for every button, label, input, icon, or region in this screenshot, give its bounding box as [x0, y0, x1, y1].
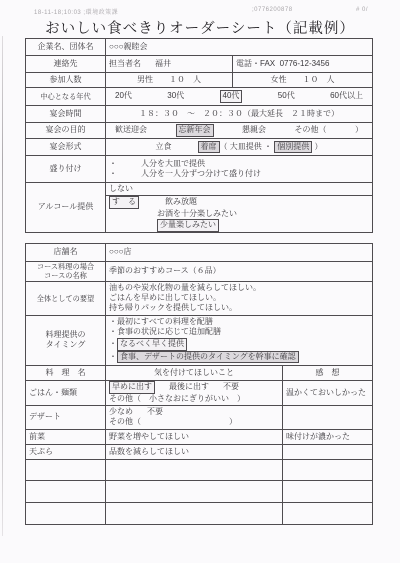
plating-label: 盛り付け: [26, 156, 106, 183]
contact-label: 連絡先: [26, 56, 106, 73]
style-option-selected: 着席: [198, 141, 220, 154]
alcohol-yes-cell: す る飲み放題 お酒を十分楽しみたい 少量楽しみたい: [106, 196, 373, 233]
store-order-table: 店舗名 ○○○店 コース料理の場合 コースの名称 季節のおすすめコース（６品） …: [25, 243, 373, 525]
timing-label-line2: タイミング: [27, 340, 104, 350]
table-header-row: 料 理 名 気を付けてほしいこと 感 想: [26, 365, 373, 380]
alcohol-suboption-line: お酒を十分楽しみたい: [109, 209, 369, 219]
style-option: 立食: [156, 142, 172, 151]
table-row: 前菜 野菜を増やしてほしい 味付けが濃かった: [26, 429, 373, 444]
store-value: ○○○店: [106, 244, 373, 262]
age-option: 20代: [115, 91, 132, 101]
table-row: 宴会時間 １８：３０ ～ ２０：３０（最大延長 ２１時まで）: [26, 106, 373, 123]
care-option: 不要: [147, 407, 163, 416]
table-row: コース料理の場合 コースの名称 季節のおすすめコース（６品）: [26, 262, 373, 282]
overall-request-line: 持ち帰りパックを提供してほしい。: [109, 303, 369, 313]
paren: （: [220, 142, 228, 151]
purpose-option: 歓送迎会: [115, 125, 147, 135]
alcohol-suboption-selected: 少量楽しみたい: [157, 219, 219, 232]
table-row: 企業名、団体名 ○○○親睦会: [26, 39, 373, 56]
overall-request-cell: 油ものや炭水化物の量を減らしてほしい。 ごはんを早めに出してほしい。 持ち帰りパ…: [106, 281, 373, 315]
timing-item-text: なるべく早く提供: [117, 338, 187, 351]
table-row: 連絡先 担当者名福井 電話・FAX 0776-12-3456: [26, 56, 373, 73]
overall-request-label: 全体としての要望: [26, 281, 106, 315]
time-value: １８：３０ ～ ２０：３０（最大延長 ２１時まで）: [106, 106, 373, 123]
timing-item: ・食事の状況に応じて追加配膳: [109, 327, 369, 337]
dish-name-empty: [26, 459, 106, 480]
care-other-line: その他（ ）: [109, 417, 279, 427]
care-header: 気を付けてほしいこと: [106, 365, 283, 380]
dish-name: 天ぷら: [26, 444, 106, 459]
table-row: 料理提供の タイミング ・最初にすべての料理を配膳 ・食事の状況に応じて追加配膳…: [26, 315, 373, 365]
care-cell: 品数を減らしてほしい: [106, 444, 283, 459]
timing-label: 料理提供の タイミング: [26, 315, 106, 365]
style-option: 大皿提供: [230, 142, 262, 151]
course-label-line1: コース料理の場合: [27, 262, 104, 271]
age-option: 50代: [278, 91, 295, 101]
purpose-option-other: その他（: [295, 125, 327, 135]
purpose-label: 宴会の目的: [26, 123, 106, 139]
fax-page-number: # 0/: [356, 7, 368, 13]
age-option: 30代: [167, 91, 184, 101]
course-value: 季節のおすすめコース（６品）: [106, 262, 373, 282]
care-option-selected: 早めに出す: [109, 381, 155, 394]
care-cell: 早めに出す最後に出す不要 その他（ 小さなおにぎりがいい ）: [106, 380, 283, 405]
care-option: 最後に出す: [169, 382, 209, 391]
care-other-line: その他（ 小さなおにぎりがいい ）: [109, 394, 279, 404]
impression-value: [283, 405, 373, 429]
age-option-selected: 40代: [220, 90, 243, 103]
care-option: 少なめ: [109, 407, 133, 416]
contact-person-cell: 担当者名福井: [106, 56, 233, 73]
table-row: 宴会の目的 歓送迎会 忘新年会 懇親会 その他（ ）: [26, 123, 373, 139]
table-row: 店舗名 ○○○店: [26, 244, 373, 262]
age-label: 中心となる年代: [26, 88, 106, 106]
table-row-empty: [26, 480, 373, 502]
care-options-line: 早めに出す最後に出す不要: [109, 381, 279, 394]
age-options-cell: 20代 30代 40代 50代 60代以上: [106, 88, 373, 106]
alcohol-label: アルコール提供: [26, 183, 106, 233]
timing-item: ・最初にすべての料理を配膳: [109, 317, 369, 327]
banquet-info-table: 企業名、団体名 ○○○親睦会 連絡先 担当者名福井 電話・FAX 0776-12…: [25, 38, 373, 233]
dish-name: デザート: [26, 405, 106, 429]
contact-person-value: 福井: [155, 59, 171, 68]
plating-cell: ・ 人分を大皿で提供 ・ 人分を一人分ずつ分けて盛り付け: [106, 156, 373, 183]
contact-person-label: 担当者名: [109, 59, 141, 68]
purpose-option: 懇親会: [242, 125, 266, 135]
alcohol-option-selected: す る: [109, 196, 139, 209]
timing-item-selected: ・食事、デザートの提供のタイミングを幹事に確認: [109, 351, 369, 364]
scan-edge-artifact: [2, 36, 3, 536]
style-options-cell: 立食着席（ 大皿提供 ・ 個別提供 ）: [106, 139, 373, 156]
phone-cell: 電話・FAX 0776-12-3456: [233, 56, 373, 73]
purpose-options-cell: 歓送迎会 忘新年会 懇親会 その他（ ）: [106, 123, 373, 139]
separator-dot: ・: [264, 142, 272, 151]
company-value: ○○○親睦会: [106, 39, 373, 56]
overall-request-line: 油ものや炭水化物の量を減らしてほしい。: [109, 283, 369, 293]
plating-line: ・ 人分を大皿で提供: [109, 159, 369, 169]
plating-line: ・ 人分を一人分ずつ分けて盛り付け: [109, 169, 369, 179]
phone-label: 電話・FAX: [236, 59, 275, 68]
bullet: ・: [109, 317, 117, 326]
alcohol-no-option: しない: [106, 183, 373, 196]
male-count: 男性 １０ 人: [106, 73, 233, 88]
impression-value: 味付けが濃かった: [283, 429, 373, 444]
table-row: デザート 少なめ不要 その他（ ）: [26, 405, 373, 429]
female-count: 女性 １０ 人: [233, 73, 373, 88]
participants-label: 参加人数: [26, 73, 106, 88]
table-row: 中心となる年代 20代 30代 40代 50代 60代以上: [26, 88, 373, 106]
dish-name: 前菜: [26, 429, 106, 444]
table-row: 宴会形式 立食着席（ 大皿提供 ・ 個別提供 ）: [26, 139, 373, 156]
store-label: 店舗名: [26, 244, 106, 262]
course-label-line2: コースの名称: [27, 271, 104, 280]
purpose-option-selected: 忘新年会: [176, 124, 214, 137]
paren: ）: [314, 142, 322, 151]
care-option: 不要: [223, 382, 239, 391]
company-label: 企業名、団体名: [26, 39, 106, 56]
age-option: 60代以上: [330, 91, 363, 101]
care-cell: 少なめ不要 その他（ ）: [106, 405, 283, 429]
table-row: 全体としての要望 油ものや炭水化物の量を減らしてほしい。 ごはんを早めに出してほ…: [26, 281, 373, 315]
impression-header: 感 想: [283, 365, 373, 380]
table-row-empty: [26, 502, 373, 524]
overall-request-line: ごはんを早めに出してほしい。: [109, 293, 369, 303]
timing-item-text: 最初にすべての料理を配膳: [117, 317, 213, 326]
bullet: ・: [109, 352, 117, 361]
dish-name-empty: [26, 480, 106, 502]
time-label: 宴会時間: [26, 106, 106, 123]
care-cell-empty: [106, 502, 283, 524]
phone-value: 0776-12-3456: [280, 59, 330, 68]
fax-number: ;0776200878: [252, 7, 293, 13]
bullet: ・: [109, 339, 117, 348]
bullet: ・: [109, 327, 117, 336]
alcohol-yes-line: す る飲み放題: [109, 196, 369, 209]
course-label: コース料理の場合 コースの名称: [26, 262, 106, 282]
care-cell-empty: [106, 480, 283, 502]
impression-empty: [283, 480, 373, 502]
impression-value: [283, 444, 373, 459]
timing-label-line1: 料理提供の: [27, 330, 104, 340]
alcohol-suboption: 飲み放題: [165, 197, 197, 206]
timing-cell: ・最初にすべての料理を配膳 ・食事の状況に応じて追加配膳 ・なるべく早く提供 ・…: [106, 315, 373, 365]
impression-empty: [283, 502, 373, 524]
style-option-selected: 個別提供: [274, 141, 312, 154]
table-row: 天ぷら 品数を減らしてほしい: [26, 444, 373, 459]
dish-name: ごはん・麺類: [26, 380, 106, 405]
table-row: アルコール提供 しない: [26, 183, 373, 196]
timing-item-text: 食事の状況に応じて追加配膳: [117, 327, 221, 336]
impression-empty: [283, 459, 373, 480]
timing-item-selected: ・なるべく早く提供: [109, 338, 369, 351]
dish-name-empty: [26, 502, 106, 524]
purpose-option-other-close: ）: [355, 125, 363, 135]
fax-timestamp: 18-11-18;10:03 ;環境政策課: [34, 7, 118, 16]
table-row: 参加人数 男性 １０ 人 女性 １０ 人: [26, 73, 373, 88]
style-label: 宴会形式: [26, 139, 106, 156]
care-options-line: 少なめ不要: [109, 407, 279, 417]
alcohol-suboption: お酒を十分楽しみたい: [157, 209, 237, 218]
table-row-empty: [26, 459, 373, 480]
timing-item-text: 食事、デザートの提供のタイミングを幹事に確認: [117, 351, 299, 364]
care-cell: 野菜を増やしてほしい: [106, 429, 283, 444]
care-cell-empty: [106, 459, 283, 480]
table-row: 盛り付け ・ 人分を大皿で提供 ・ 人分を一人分ずつ分けて盛り付け: [26, 156, 373, 183]
table-row: ごはん・麺類 早めに出す最後に出す不要 その他（ 小さなおにぎりがいい ） 温か…: [26, 380, 373, 405]
page-title: おいしい食べきりオーダーシート（記載例）: [0, 17, 400, 38]
impression-value: 温かくておいしかった: [283, 380, 373, 405]
alcohol-suboption-line: 少量楽しみたい: [109, 219, 369, 232]
dish-name-header: 料 理 名: [26, 365, 106, 380]
